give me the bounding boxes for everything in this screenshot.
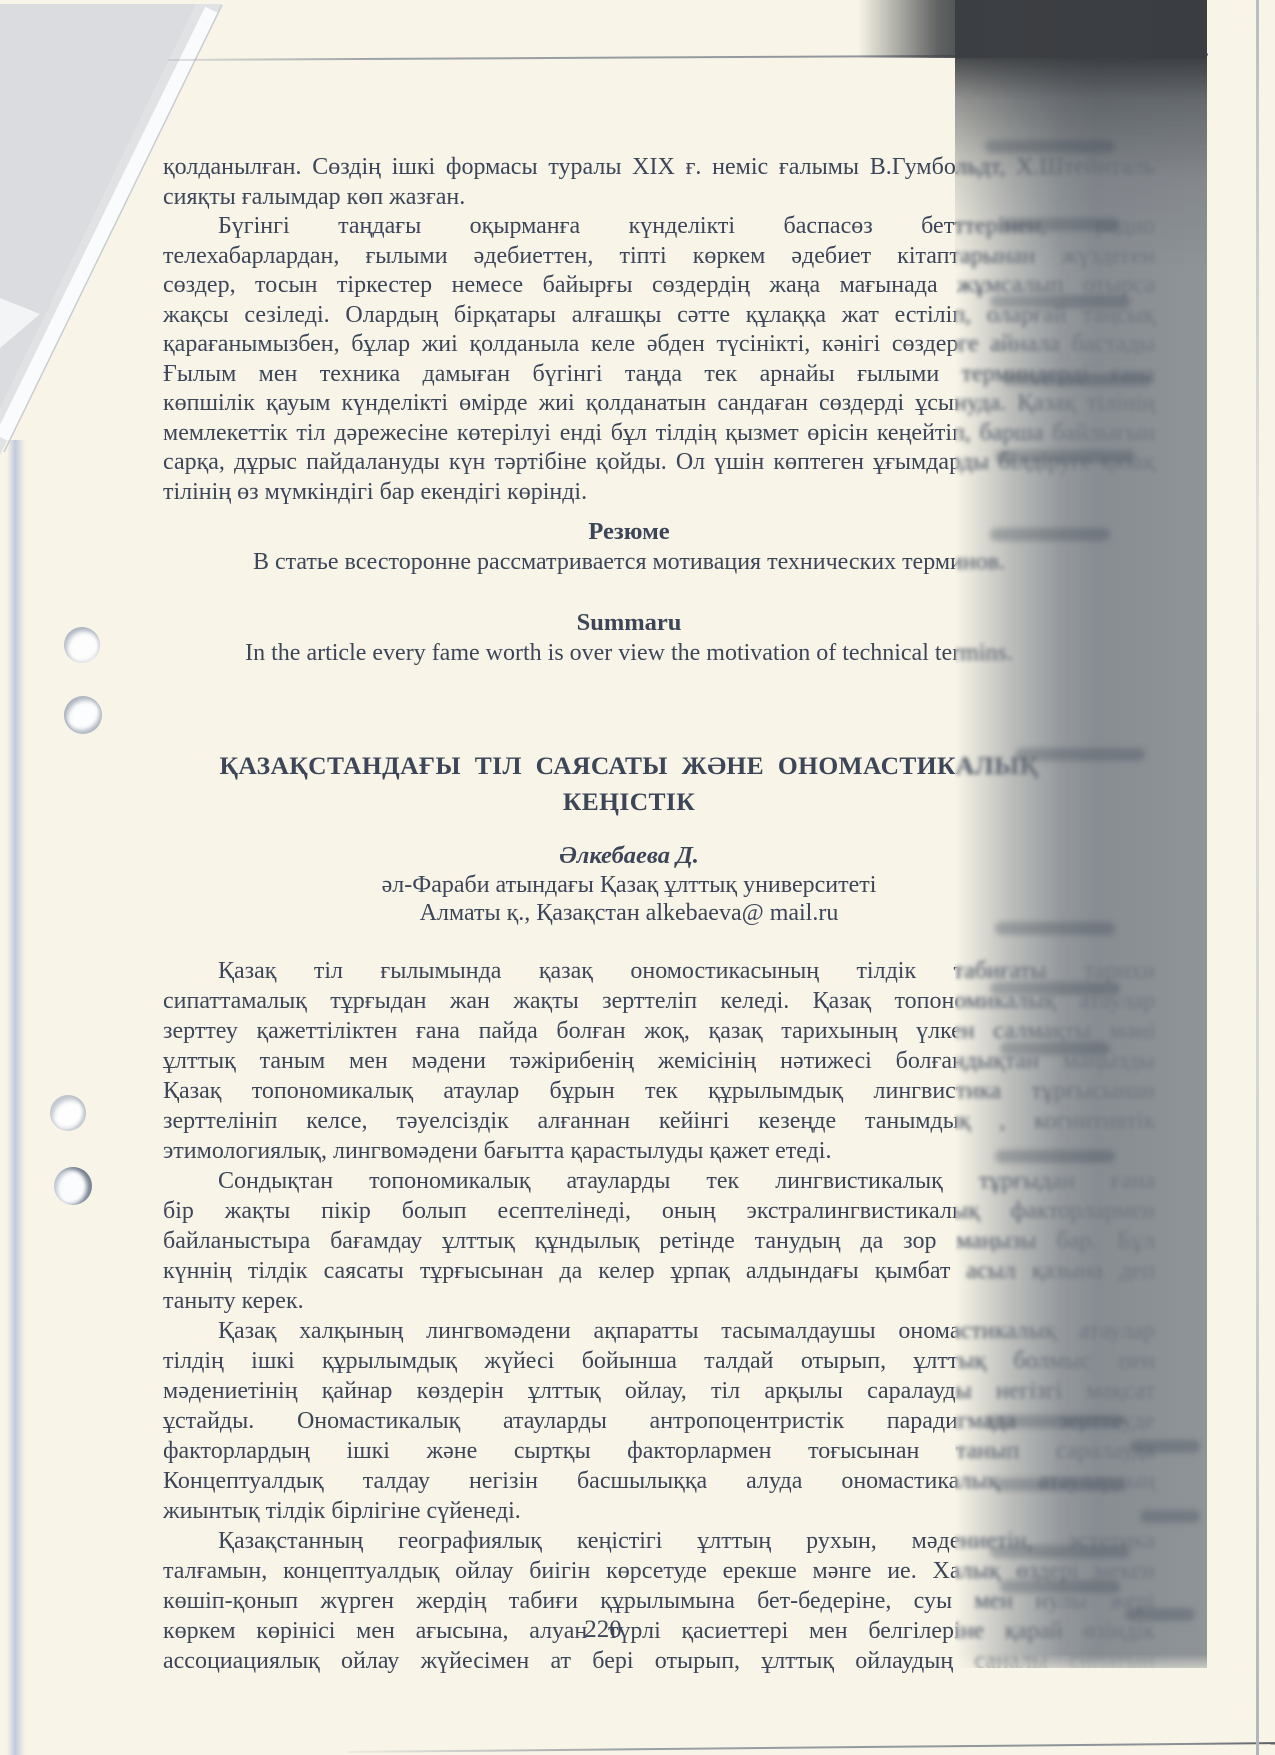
smudge-streak <box>1015 748 1145 761</box>
smudge-streak <box>1000 1042 1110 1055</box>
smudge-streak <box>985 1415 1125 1428</box>
bottom-rule-line <box>348 1742 1275 1753</box>
smudge-streak <box>995 922 1115 935</box>
scanned-page: { "document": { "page_number": "220", "p… <box>0 0 1275 1755</box>
smudge-streak <box>1125 1608 1195 1621</box>
smudge-streak <box>1002 373 1152 386</box>
hole-punch <box>54 1167 92 1205</box>
smudge-streak <box>1000 218 1120 231</box>
right-page-edge-line <box>1256 0 1259 1755</box>
hole-punch <box>50 1095 86 1131</box>
smudge-streak <box>990 1545 1130 1558</box>
smudge-streak <box>1140 1510 1200 1523</box>
left-page-edge-line <box>7 440 25 1755</box>
smudge-streak <box>1130 1440 1200 1453</box>
smudge-streak <box>990 295 1130 308</box>
smudge-streak <box>1000 1580 1120 1593</box>
hole-punch <box>64 627 100 663</box>
page-number: 220 <box>163 1616 1043 1644</box>
scan-shadow-bottom-fade <box>955 1654 1207 1668</box>
smudge-streak <box>985 140 1115 153</box>
hole-punch <box>64 696 102 734</box>
smudge-streak <box>990 528 1110 541</box>
smudge-streak <box>995 1150 1115 1163</box>
smudge-streak <box>995 1478 1125 1491</box>
scan-shadow-top-cap <box>858 0 1207 58</box>
smudge-streak <box>990 982 1120 995</box>
smudge-streak <box>995 450 1135 463</box>
